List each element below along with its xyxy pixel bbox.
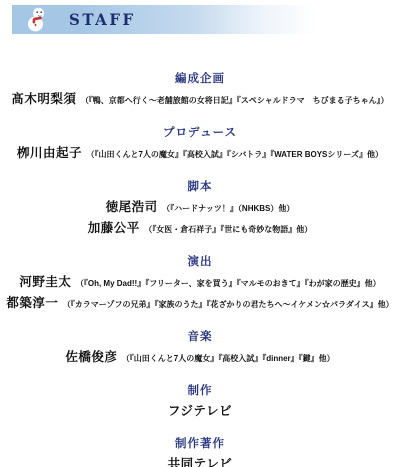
section-entries: フジテレビ [0, 402, 400, 420]
staff-entry: 佐橋俊彦 （『山田くんと7人の魔女』『高校入試』『dinner』『鍵』他） [0, 348, 400, 367]
staff-section: 脚本 徳尾浩司 （『ハードナッツ！』（NHKBS）他） 加藤公平 （『女医・倉石… [0, 178, 400, 238]
staff-entry: 共同テレビ [0, 455, 400, 467]
staff-header-bar: STAFF [12, 5, 392, 34]
staff-name: 共同テレビ [168, 457, 233, 467]
staff-section: 制作 フジテレビ [0, 382, 400, 420]
section-entries: 佐橋俊彦 （『山田くんと7人の魔女』『高校入試』『dinner』『鍵』他） [0, 348, 400, 367]
staff-section: 制作著作 共同テレビ [0, 435, 400, 467]
staff-credits: （『カラマーゾフの兄弟』『家族のうた』『花ざかりの君たちへ～イケメン☆パラダイス… [63, 300, 394, 309]
staff-entry: 河野圭太 （『Oh, My Dad!!』『フリーター、家を買う』『マルモのおきて… [0, 273, 400, 292]
staff-entry: 髙木明梨須 （『鴨、京都へ行く～老舗旅館の女将日記』『スペシャルドラマ ちびまる… [0, 90, 400, 109]
section-entries: 徳尾浩司 （『ハードナッツ！』（NHKBS）他） 加藤公平 （『女医・倉石祥子』… [0, 198, 400, 238]
section-heading: 演出 [0, 253, 400, 269]
section-heading: 編成企画 [0, 70, 400, 86]
staff-credits: （『山田くんと7人の魔女』『高校入試』『シバトラ』『WATER BOYSシリーズ… [86, 150, 383, 159]
staff-credits: （『女医・倉石祥子』『世にも奇妙な物語』他） [144, 225, 312, 234]
section-entries: 河野圭太 （『Oh, My Dad!!』『フリーター、家を買う』『マルモのおきて… [0, 273, 400, 313]
section-heading: 制作 [0, 382, 400, 398]
staff-credits: （『鴨、京都へ行く～老舗旅館の女将日記』『スペシャルドラマ ちびまる子ちゃん』） [81, 96, 389, 105]
section-heading: プロデュース [0, 124, 400, 140]
staff-name: 佐橋俊彦 [65, 350, 117, 364]
staff-section: 編成企画 髙木明梨須 （『鴨、京都へ行く～老舗旅館の女将日記』『スペシャルドラマ… [0, 70, 400, 109]
staff-name: 河野圭太 [19, 275, 71, 289]
section-entries: 共同テレビ [0, 455, 400, 467]
staff-entry: フジテレビ [0, 402, 400, 420]
staff-entry: 都築淳一 （『カラマーゾフの兄弟』『家族のうた』『花ざかりの君たちへ～イケメン☆… [0, 294, 400, 313]
staff-credits: （『山田くんと7人の魔女』『高校入試』『dinner』『鍵』他） [122, 354, 335, 363]
staff-name: フジテレビ [168, 404, 232, 418]
staff-section: プロデュース 栁川由起子 （『山田くんと7人の魔女』『高校入試』『シバトラ』『W… [0, 124, 400, 163]
staff-credits: （『ハードナッツ！』（NHKBS）他） [162, 204, 294, 213]
section-heading: 音楽 [0, 328, 400, 344]
staff-name: 髙木明梨須 [11, 92, 76, 106]
staff-entry: 加藤公平 （『女医・倉石祥子』『世にも奇妙な物語』他） [0, 219, 400, 238]
staff-name: 都築淳一 [6, 296, 58, 310]
section-entries: 栁川由起子 （『山田くんと7人の魔女』『高校入試』『シバトラ』『WATER BO… [0, 144, 400, 163]
staff-name: 徳尾浩司 [106, 200, 158, 214]
snowman-icon [25, 6, 49, 33]
staff-credits: （『Oh, My Dad!!』『フリーター、家を買う』『マルモのおきて』『わが家… [76, 279, 381, 288]
staff-section: 音楽 佐橋俊彦 （『山田くんと7人の魔女』『高校入試』『dinner』『鍵』他） [0, 328, 400, 367]
staff-name: 栁川由起子 [17, 146, 82, 160]
section-entries: 髙木明梨須 （『鴨、京都へ行く～老舗旅館の女将日記』『スペシャルドラマ ちびまる… [0, 90, 400, 109]
section-heading: 脚本 [0, 178, 400, 194]
staff-name: 加藤公平 [88, 221, 140, 235]
section-heading: 制作著作 [0, 435, 400, 451]
staff-sections: 編成企画 髙木明梨須 （『鴨、京都へ行く～老舗旅館の女将日記』『スペシャルドラマ… [0, 34, 400, 467]
staff-entry: 徳尾浩司 （『ハードナッツ！』（NHKBS）他） [0, 198, 400, 217]
staff-entry: 栁川由起子 （『山田くんと7人の魔女』『高校入試』『シバトラ』『WATER BO… [0, 144, 400, 163]
page-title: STAFF [69, 10, 136, 29]
staff-section: 演出 河野圭太 （『Oh, My Dad!!』『フリーター、家を買う』『マルモの… [0, 253, 400, 313]
